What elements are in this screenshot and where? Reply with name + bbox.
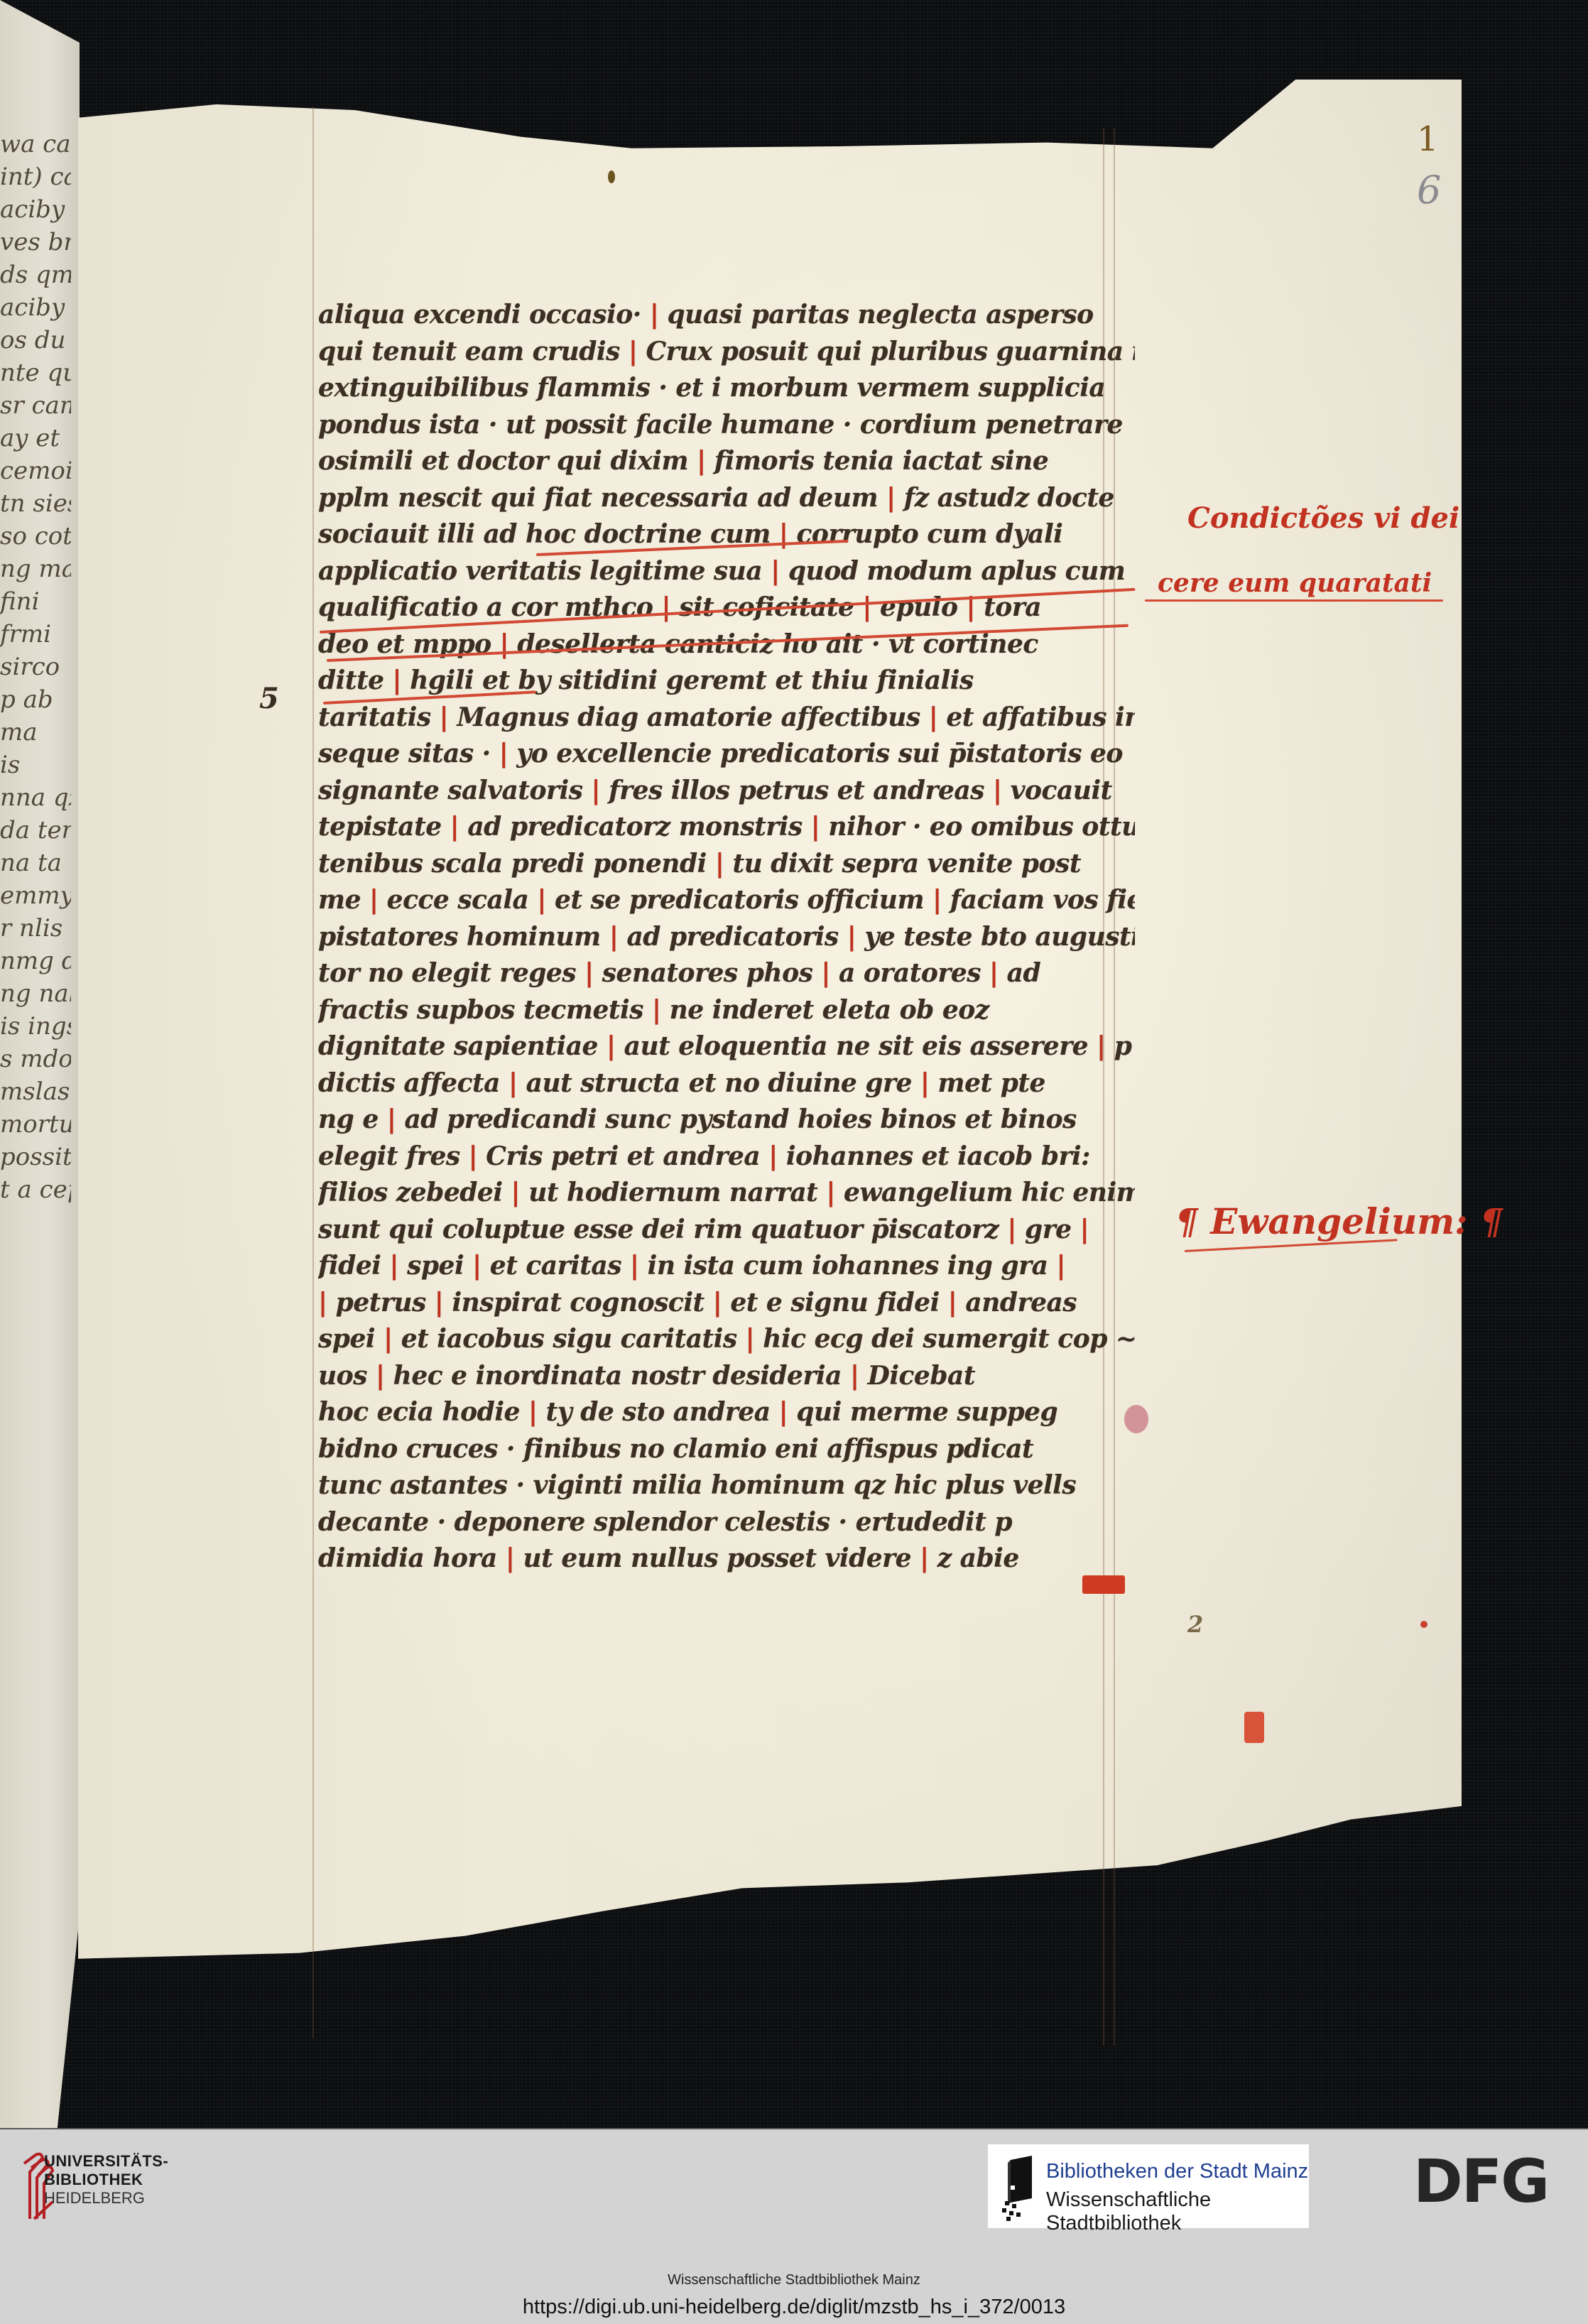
rubric-stroke: | [435,1288,444,1318]
manuscript-line: dictis affecta | aut structa et no diuin… [318,1065,1135,1102]
manuscript-line: osimili et doctor qui dixim | fimoris te… [318,443,1135,480]
permalink-url[interactable]: https://digi.ub.uni-heidelberg.de/diglit… [0,2296,1588,2319]
manuscript-line: decante · deponere splendor celestis · e… [318,1504,1135,1541]
manuscript-line: seque sitas · | yo excellencie predicato… [318,736,1135,773]
manuscript-line: aliqua excendi occasio· | quasi paritas … [318,297,1135,334]
rubric-stroke: | [932,885,942,915]
ub-line-3: HEIDELBERG [44,2189,168,2208]
rubric-stroke: | [607,1031,616,1061]
holding-institution-credit: Wissenschaftliche Stadtbibliothek Mainz [0,2272,1588,2288]
manuscript-line: dignitate sapientiae | aut eloquentia ne… [318,1028,1135,1065]
rubric-stroke: | [387,1104,396,1134]
manuscript-text-block: aliqua excendi occasio· | quasi paritas … [318,297,1135,1578]
rubric-stroke: | [920,1068,930,1098]
rubric-stroke: | [384,1324,393,1354]
rubric-stroke: | [1056,1251,1065,1281]
margin-note-ewangelium: ¶ Ewangelium: ¶ [1175,1200,1503,1242]
rubric-stroke: | [376,1361,385,1391]
manuscript-line: extinguibilibus flammis · et i morbum ve… [318,370,1135,407]
verso-text-fragment: wa ca int) ca aciby ves bnos ds qma acib… [0,128,71,1206]
manuscript-line: fidei | spei | et caritas | in ista cum … [318,1248,1135,1285]
manuscript-line: bidno cruces · finibus no clamio eni aff… [318,1431,1135,1468]
manuscript-scan: wa ca int) ca aciby ves bnos ds qma acib… [0,0,1588,2129]
ink-spot [608,170,615,183]
mainz-library-logo[interactable]: Bibliotheken der Stadt Mainz Wissenschaf… [988,2144,1309,2228]
manuscript-line: | petrus | inspirat cognoscit | et e sig… [318,1285,1135,1322]
manuscript-line: me | ecce scala | et se predicatoris off… [318,882,1135,919]
red-bar-end [1082,1575,1125,1594]
ub-line-1: UNIVERSITÄTS- [44,2152,168,2171]
ruling-line-left [312,107,314,2038]
rubric-stroke: | [746,1324,755,1354]
rubric-stroke: | [850,1361,859,1391]
margin-note-cere-eum: cere eum quaratati [1158,568,1432,598]
mainz-library-subtitle: Wissenschaftliche Stadtbibliothek [1046,2188,1309,2235]
rubric-stroke: | [318,1288,327,1318]
rubric-stroke: | [630,1251,639,1281]
rubric-stroke: | [393,666,402,695]
rubric-stroke: | [472,1251,482,1281]
facing-page-verso: wa ca int) ca aciby ves bnos ds qma acib… [0,0,80,2129]
rubric-stroke: | [929,702,938,732]
manuscript-line: tor no elegit reges | senatores phos | a… [318,955,1135,992]
manuscript-line: filios zebedei | ut hodiernum narrat | e… [318,1175,1135,1212]
rubric-stroke: | [811,812,820,842]
manuscript-line: ditte | hgili et by sitidini geremt et t… [318,663,1135,700]
manuscript-line: tepistate | ad predicatorz monstris | ni… [318,809,1135,846]
rubric-stroke: | [862,592,871,622]
rubric-stroke: | [509,1068,518,1098]
manuscript-line: tunc astantes · viginti milia hominum qz… [318,1467,1135,1504]
rubric-stroke: | [537,885,546,915]
dfg-logo[interactable]: DFG [1413,2146,1548,2216]
rubric-stroke: | [713,1288,722,1318]
rubric-stroke: | [584,958,594,988]
margin-note-condictiones: Condictões vi dei [1187,501,1459,535]
rubric-stroke: | [440,702,449,732]
rubric-stroke: | [1080,1215,1089,1244]
foliation-pencil: 6 [1417,168,1441,212]
manuscript-line: uos | hec e inordinata nostr desideria |… [318,1358,1135,1395]
margin-note-underline [1145,599,1443,602]
rubric-stroke: | [609,922,619,952]
manuscript-line: signante salvatoris | fres illos petrus … [318,773,1135,810]
rubric-stroke: | [886,483,896,513]
rubric-stroke: | [506,1543,515,1573]
rubric-stroke: | [993,776,1002,805]
rubric-stroke: | [511,1178,521,1207]
rubric-stroke: | [652,995,661,1025]
rubric-stroke: | [771,556,780,586]
rubric-stroke: | [920,1543,929,1573]
manuscript-line: fractis supbos tecmetis | ne inderet ele… [318,992,1135,1029]
red-blot-bottom [1244,1712,1264,1743]
rubric-stroke: | [1007,1215,1016,1244]
manuscript-line: ng e | ad predicandi sunc pystand hoies … [318,1102,1135,1139]
rubric-stroke: | [450,812,459,842]
rubric-stroke: | [715,849,724,879]
rubric-stroke: | [948,1288,957,1318]
rubric-stroke: | [697,446,706,476]
manuscript-line: pplm nescit qui fiat necessaria ad deum … [318,480,1135,517]
manuscript-line: dimidia hora | ut eum nullus posset vide… [318,1541,1135,1578]
rubric-stroke: | [369,885,379,915]
manuscript-line: pistatores hominum | ad predicatoris | y… [318,919,1135,956]
rubric-stroke: | [629,337,638,366]
rubric-stroke: | [661,592,670,622]
left-margin-mark: 5 [259,682,279,715]
scan-divider [0,2128,1588,2129]
manuscript-line: sunt qui coluptue esse dei rim quatuor p… [318,1212,1135,1249]
manuscript-line: pondus ista · ut possit facile humane · … [318,407,1135,444]
rubric-stroke: | [1097,1031,1106,1061]
manuscript-line: applicatio veritatis legitime sua | quod… [318,553,1135,590]
manuscript-line: qui tenuit eam crudis | Crux posuit qui … [318,334,1135,371]
rubric-stroke: | [768,1141,778,1171]
red-dot [1420,1621,1427,1628]
rubric-stroke: | [528,1397,538,1427]
rubric-stroke: | [499,739,509,769]
rubric-stroke: | [779,1397,788,1427]
rubric-stroke: | [591,776,600,805]
rubric-stroke: | [826,1178,835,1207]
ub-heidelberg-wordmark: UNIVERSITÄTS- BIBLIOTHEK HEIDELBERG [44,2152,168,2208]
rubric-stroke: | [650,300,659,330]
foliation-ink: 1 [1417,119,1439,159]
manuscript-line: spei | et iacobus sigu caritatis | hic e… [318,1321,1135,1358]
rubric-stroke: | [469,1141,478,1171]
end-mark: 2 [1187,1611,1203,1638]
rubric-stroke: | [847,922,856,952]
manuscript-line: taritatis | Magnus diag amatorie affecti… [318,700,1135,737]
manuscript-line: hoc ecia hodie | ty de sto andrea | qui … [318,1394,1135,1431]
manuscript-line: tenibus scala predi ponendi | tu dixit s… [318,846,1135,883]
book-pixel-icon [999,2154,1038,2222]
rubric-stroke: | [989,958,999,988]
rubric-stroke: | [821,958,830,988]
manuscript-line: elegit fres | Cris petri et andrea | ioh… [318,1139,1135,1175]
rubric-stroke: | [389,1251,398,1281]
ub-line-2: BIBLIOTHEK [44,2171,168,2189]
mainz-library-title: Bibliotheken der Stadt Mainz [1046,2160,1308,2183]
